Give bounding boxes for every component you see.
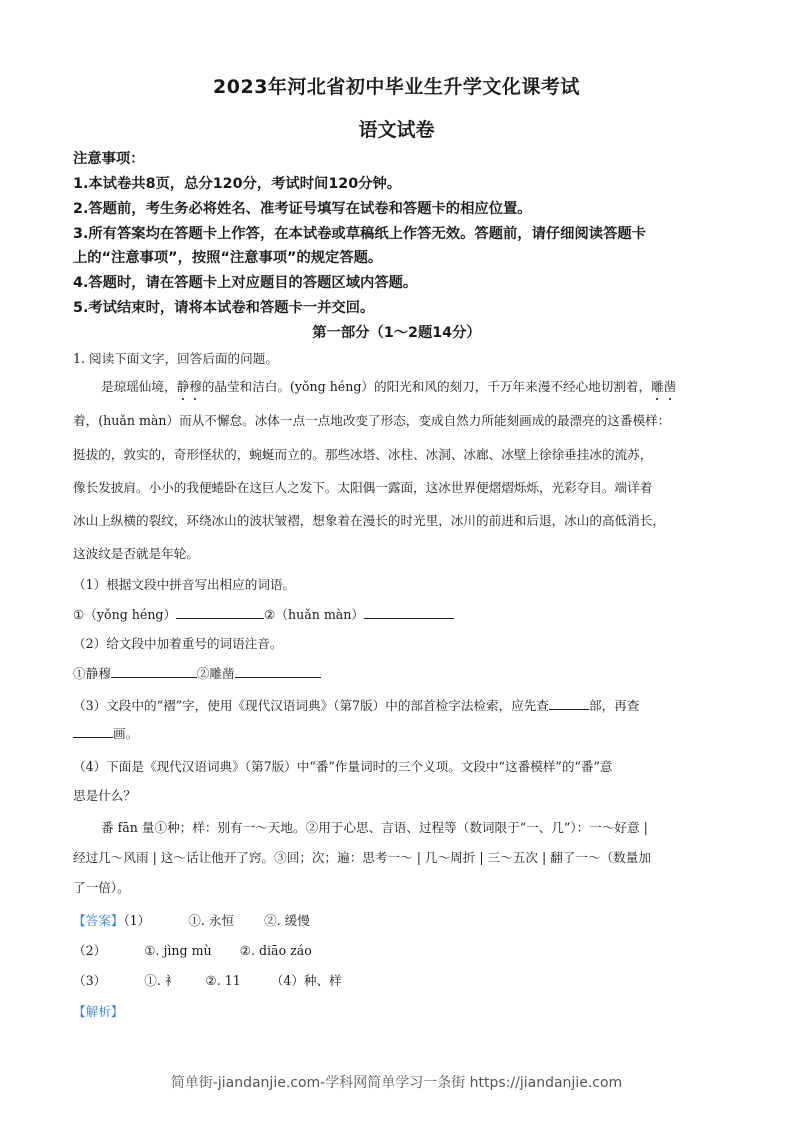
answer-value: ②. 缓慢 [264, 913, 310, 928]
answer-blank[interactable] [73, 723, 113, 738]
answer-blank[interactable] [176, 604, 264, 619]
sub-question-3-text: 部，再查 [589, 698, 639, 713]
notice-item-5: 5.考试结束时，请将本试卷和答题卡一并交回。 [73, 297, 374, 317]
sub-question-3-line-1: （3）文段中的“褶”字，使用《现代汉语词典》（第7版）中的部首检字法检索，应先查… [73, 695, 639, 714]
section-heading: 第一部分（1～2题14分） [0, 322, 793, 342]
footer-watermark: 简单街-jiandanjie.com-学科网简单学习一条街 https://ji… [0, 1072, 793, 1092]
answer-blank[interactable] [364, 604, 454, 619]
passage-text: 是琼瑶仙境， [101, 379, 177, 394]
answer-value: ①. 衤 [144, 973, 177, 988]
sub-question-2-items: ①静穆②雕凿 [73, 663, 321, 682]
analysis-label: 【解析】 [73, 1001, 123, 1020]
answer-prefix: （2） [73, 943, 106, 958]
notice-item-2: 2.答题前，考生务必将姓名、准考证号填写在试卷和答题卡的相应位置。 [73, 198, 532, 218]
sub-question-1-items: ①（yǒng héng）②（huǎn màn） [73, 604, 454, 623]
answer-value: ②. diāo záo [240, 943, 312, 958]
pinyin-item-1: ①（yǒng héng） [73, 607, 176, 622]
sub-question-3-text: 画。 [113, 726, 138, 741]
answer-row-1: 【答案】（1）①. 永恒②. 缓慢 [73, 910, 310, 929]
passage-line-1: 是琼瑶仙境，静穆的晶莹和洁白。(yǒng héng）的阳光和风的刻刀，千万年来漫… [101, 376, 676, 395]
passage-line-5: 冰山上纵横的裂纹，环绕冰山的波状皱褶，想象着在漫长的时光里，冰川的前进和后退，冰… [73, 510, 665, 529]
question-prompt: 1. 阅读下面文字，回答后面的问题。 [73, 348, 278, 367]
passage-text: 的晶莹和洁白。(yǒng héng）的阳光和风的刻刀，千万年来漫不经心地切割着， [202, 379, 651, 394]
sub-question-3-line-2: 画。 [73, 723, 138, 742]
exam-page: 2023年河北省初中毕业生升学文化课考试 语文试卷 注意事项： 1.本试卷共8页… [0, 0, 793, 1122]
passage-line-6: 这波纹是否就是年轮。 [73, 543, 199, 562]
emphasized-char: 凿 [664, 376, 677, 395]
sub-question-4-line-2: 思是什么？ [73, 785, 136, 804]
notice-item-3-cont: 上的“注意事项”，按照“注意事项”的规定答题。 [73, 247, 382, 267]
passage-line-3: 挺拔的，敦实的，奇形怪状的，蜿蜒而立的。那些冰塔、冰柱、冰洞、冰廊、冰壁上徐徐垂… [73, 444, 652, 463]
sub-question-3-text: （3）文段中的“褶”字，使用《现代汉语词典》（第7版）中的部首检字法检索，应先查 [73, 698, 549, 713]
word-item-1: ①静穆 [73, 666, 111, 681]
answer-prefix: （1） [123, 913, 150, 928]
word-item-2: ②雕凿 [197, 666, 235, 681]
notice-item-1: 1.本试卷共8页，总分120分，考试时间120分钟。 [73, 173, 401, 193]
passage-line-2: 着，(huǎn màn）而从不懈怠。冰体一点一点地改变了形态，变成自然力所能刻画… [73, 410, 670, 429]
emphasized-char: 静 [177, 376, 190, 395]
pinyin-item-2: ②（huǎn màn） [264, 607, 364, 622]
exam-subtitle: 语文试卷 [0, 115, 793, 142]
dictionary-entry-line-2: 经过几～风雨 | 这～话让他开了窍。③回；次；遍：思考一～ | 几～周折 | 三… [73, 847, 651, 866]
answer-value: ②. 11 [205, 973, 240, 988]
exam-title: 2023年河北省初中毕业生升学文化课考试 [0, 72, 793, 99]
dictionary-entry-line-3: 了一倍）。 [73, 877, 130, 896]
answer-value: （4）种、样 [271, 973, 342, 988]
answer-value: ①. jìng mù [144, 943, 211, 958]
emphasized-char: 雕 [651, 376, 664, 395]
notice-item-4: 4.答题时，请在答题卡上对应题目的答题区域内答题。 [73, 272, 417, 292]
answer-row-3: （3）①. 衤②. 11（4）种、样 [73, 970, 342, 989]
answer-label: 【答案】 [73, 913, 123, 928]
answer-row-2: （2）①. jìng mù②. diāo záo [73, 940, 312, 959]
answer-blank[interactable] [235, 663, 321, 678]
notice-heading: 注意事项： [73, 148, 144, 168]
notice-item-3: 3.所有答案均在答题卡上作答，在本试卷或草稿纸上作答无效。答题前，请仔细阅读答题… [73, 223, 646, 243]
answer-value: ①. 永恒 [188, 913, 234, 928]
sub-question-1-prompt: （1）根据文段中拼音写出相应的词语。 [73, 574, 295, 593]
answer-blank[interactable] [549, 695, 589, 710]
dictionary-entry-line-1: 番 fān 量①种；样：别有一～天地。②用于心思、言语、过程等（数词限于“一、几… [101, 817, 648, 836]
answer-blank[interactable] [111, 663, 197, 678]
sub-question-4-line-1: （4）下面是《现代汉语词典》（第7版）中“番”作量词时的三个义项。文段中“这番模… [73, 756, 613, 775]
emphasized-char: 穆 [189, 376, 202, 395]
passage-line-4: 像长发披肩。小小的我便蜷卧在这巨人之发下。太阳偶一露面，这冰世界便熠熠烁烁，光彩… [73, 477, 652, 496]
answer-prefix: （3） [73, 973, 106, 988]
sub-question-2-prompt: （2）给文段中加着重号的词语注音。 [73, 633, 283, 652]
